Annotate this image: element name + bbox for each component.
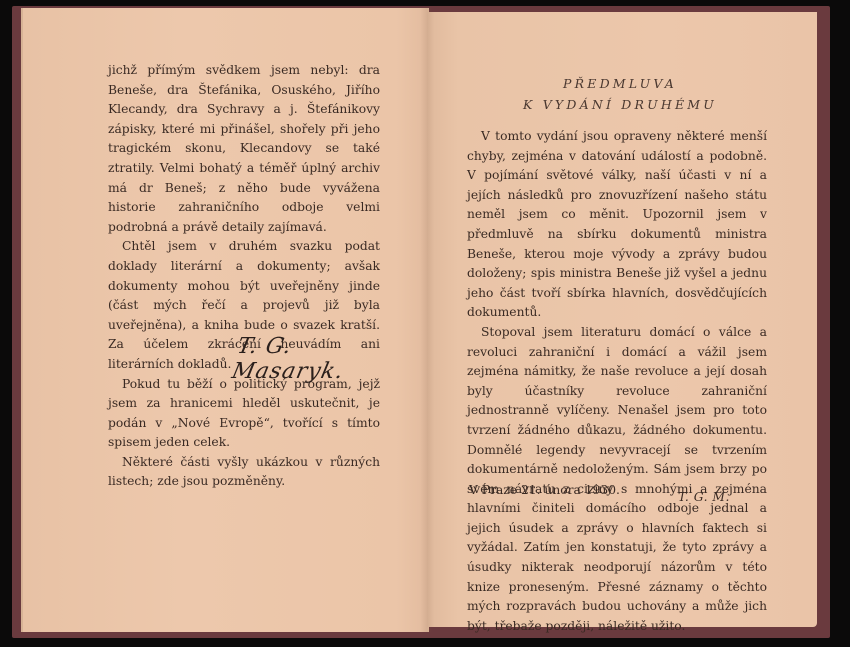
paragraph: Některé části vyšly ukázkou v různých li…	[108, 453, 380, 492]
left-page-text: jichž přímým svědkem jsem nebyl: dra Ben…	[108, 61, 380, 492]
paragraph: jichž přímým svědkem jsem nebyl: dra Ben…	[108, 61, 380, 237]
paragraph: Pokud tu běží o politický program, jejž …	[108, 375, 380, 453]
book-spine	[420, 8, 434, 632]
paragraph: V tomto vydání jsou opraveny některé men…	[467, 127, 767, 323]
chapter-title: PŘEDMLUVA	[470, 76, 770, 91]
right-page-text: V tomto vydání jsou opraveny některé men…	[467, 127, 767, 636]
paragraph: Stopoval jsem literaturu domácí o válce …	[467, 323, 767, 637]
handwritten-signature: T. G. Masaryk.	[232, 334, 391, 374]
author-initials: T. G. M.	[678, 490, 730, 504]
place-and-date: V Praze 21. února 1930.	[469, 483, 620, 497]
chapter-subtitle: K VYDÁNÍ DRUHÉMU	[470, 97, 770, 112]
